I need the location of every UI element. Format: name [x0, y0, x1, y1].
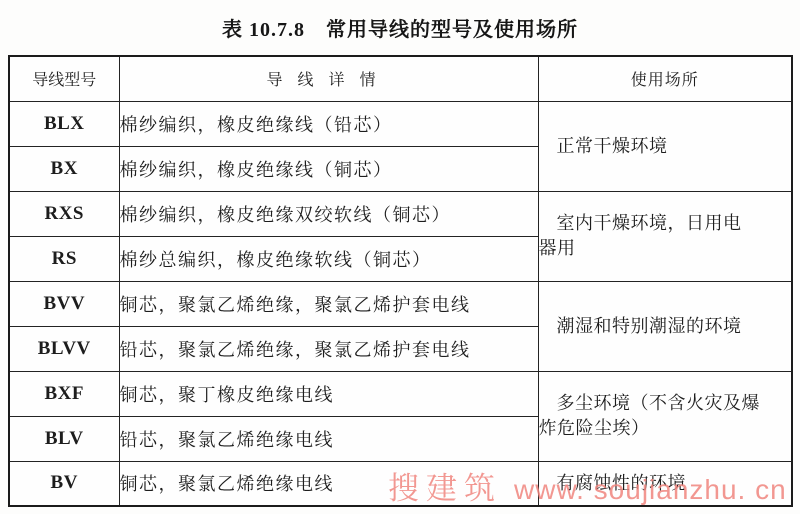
- model-cell: RS: [9, 236, 119, 281]
- usage-text: 有腐蚀性的环境: [539, 471, 792, 496]
- usage-text: 室内干燥环境，日用电: [539, 211, 792, 236]
- col-header-model: 导线型号: [9, 56, 119, 101]
- model-cell: RXS: [9, 191, 119, 236]
- detail-cell: 棉纱总编织，橡皮绝缘软线（铜芯）: [119, 236, 538, 281]
- model-cell: BVV: [9, 281, 119, 326]
- model-cell: BLV: [9, 416, 119, 461]
- usage-text: 多尘环境（不含火灾及爆: [539, 391, 792, 416]
- table-row: BVV 铜芯，聚氯乙烯绝缘，聚氯乙烯护套电线 潮湿和特别潮湿的环境: [9, 281, 792, 326]
- table-row: BXF 铜芯，聚丁橡皮绝缘电线 多尘环境（不含火灾及爆 炸危险尘埃）: [9, 371, 792, 416]
- detail-cell: 铅芯，聚氯乙烯绝缘电线: [119, 416, 538, 461]
- usage-cell: 室内干燥环境，日用电 器用: [538, 191, 792, 281]
- usage-cell: 正常干燥环境: [538, 101, 792, 191]
- detail-cell: 铜芯，聚氯乙烯绝缘，聚氯乙烯护套电线: [119, 281, 538, 326]
- usage-cell: 多尘环境（不含火灾及爆 炸危险尘埃）: [538, 371, 792, 461]
- detail-cell: 棉纱编织，橡皮绝缘线（铜芯）: [119, 146, 538, 191]
- detail-cell: 铜芯，聚氯乙烯绝缘电线: [119, 461, 538, 506]
- page-title: 表 10.7.8 常用导线的型号及使用场所: [0, 13, 800, 42]
- usage-text: 潮湿和特别潮湿的环境: [539, 314, 792, 339]
- model-cell: BXF: [9, 371, 119, 416]
- usage-cell: 有腐蚀性的环境: [538, 461, 792, 506]
- col-header-usage: 使用场所: [538, 56, 792, 101]
- detail-cell: 铜芯，聚丁橡皮绝缘电线: [119, 371, 538, 416]
- wire-type-table: 导线型号 导线详情 使用场所 BLX 棉纱编织，橡皮绝缘线（铅芯） 正常干燥环境…: [8, 55, 793, 507]
- usage-text-cont: 器用: [539, 236, 792, 261]
- table-row: RXS 棉纱编织，橡皮绝缘双绞软线（铜芯） 室内干燥环境，日用电 器用: [9, 191, 792, 236]
- detail-cell: 铅芯，聚氯乙烯绝缘，聚氯乙烯护套电线: [119, 326, 538, 371]
- usage-text-cont: 炸危险尘埃）: [539, 416, 792, 441]
- detail-cell: 棉纱编织，橡皮绝缘双绞软线（铜芯）: [119, 191, 538, 236]
- detail-cell: 棉纱编织，橡皮绝缘线（铅芯）: [119, 101, 538, 146]
- model-cell: BX: [9, 146, 119, 191]
- header-row: 导线型号 导线详情 使用场所: [9, 56, 792, 101]
- table-row: BV 铜芯，聚氯乙烯绝缘电线 有腐蚀性的环境: [9, 461, 792, 506]
- model-cell: BLX: [9, 101, 119, 146]
- usage-text: 正常干燥环境: [539, 134, 792, 159]
- col-header-detail: 导线详情: [119, 56, 538, 101]
- model-cell: BLVV: [9, 326, 119, 371]
- usage-cell: 潮湿和特别潮湿的环境: [538, 281, 792, 371]
- model-cell: BV: [9, 461, 119, 506]
- table-row: BLX 棉纱编织，橡皮绝缘线（铅芯） 正常干燥环境: [9, 101, 792, 146]
